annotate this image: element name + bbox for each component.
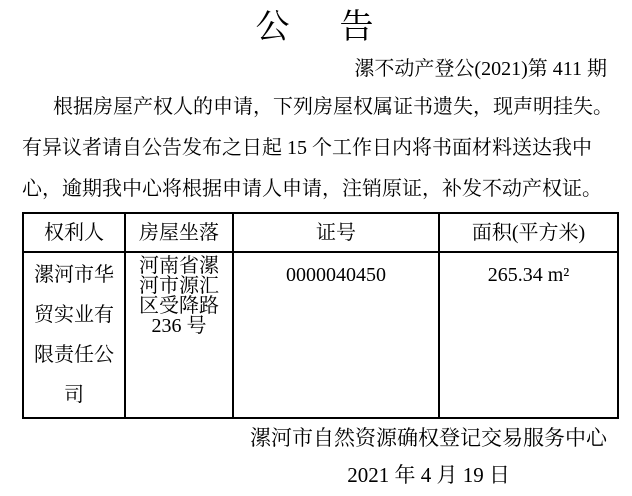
table-row: 漯河市华贸实业有限责任公司 河南省漯河市源汇区受降路 236 号 0000040… xyxy=(23,252,618,418)
cell-rights-holder: 漯河市华贸实业有限责任公司 xyxy=(23,252,125,418)
issuing-organization: 漯河市自然资源确权登记交易服务中心 xyxy=(22,420,607,457)
cell-area: 265.34 m² xyxy=(439,252,618,418)
table-header-rights-holder: 权利人 xyxy=(23,213,125,252)
table-header-row: 权利人 房屋坐落 证号 面积(平方米) xyxy=(23,213,618,252)
document-title: 公 告 xyxy=(22,5,607,51)
cell-house-location: 河南省漯河市源汇区受降路 236 号 xyxy=(125,252,233,418)
table-header-area: 面积(平方米) xyxy=(439,213,618,252)
body-text-line-2: 有异议者请自公告发布之日起 15 个工作日内将书面材料送达我中 xyxy=(22,128,607,169)
announcement-document: 公 告 漯不动产登公(2021)第 411 期 根据房屋产权人的申请，下列房屋权… xyxy=(0,0,632,496)
body-text-line-3: 心，逾期我中心将根据申请人申请，注销原证，补发不动产权证。 xyxy=(22,169,607,210)
table-header-house-location: 房屋坐落 xyxy=(125,213,233,252)
property-table: 权利人 房屋坐落 证号 面积(平方米) 漯河市华贸实业有限责任公司 河南省漯河市… xyxy=(22,212,619,419)
issue-date: 2021 年 4 月 19 日 xyxy=(22,457,607,493)
table-header-certificate-number: 证号 xyxy=(233,213,439,252)
cell-certificate-number: 0000040450 xyxy=(233,252,439,418)
body-text-line-1: 根据房屋产权人的申请，下列房屋权属证书遗失，现声明挂失。 xyxy=(22,87,607,128)
reference-number: 漯不动产登公(2021)第 411 期 xyxy=(22,51,607,87)
